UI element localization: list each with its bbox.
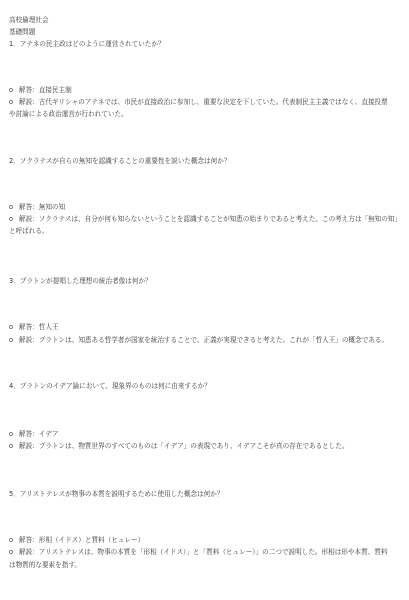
explanation-line: o解説：プラトンは、物質世界のすべてのものは「イデア」の表現であり、イデアこそが… xyxy=(9,440,395,452)
bullet-icon: o xyxy=(9,334,19,346)
answer-line: o解答：イデア xyxy=(9,428,395,440)
bullet-icon: o xyxy=(9,428,19,440)
explanation-text: 解説：アリストテレスは、物事の本質を「形相（イドス）」と「質料（ヒュレー）」の二… xyxy=(19,548,387,556)
answer-text: 解答：哲人王 xyxy=(19,323,59,331)
question-text: 5．アリストテレスが物事の本質を説明するために使用した概念は何か？ xyxy=(9,488,395,500)
answer-text: 解答：無知の知 xyxy=(19,203,65,211)
document-title: 高校倫理社会 xyxy=(9,14,395,26)
explanation-line: o解説：アリストテレスは、物事の本質を「形相（イドス）」と「質料（ヒュレー）」の… xyxy=(9,546,395,558)
explanation-continuation: は物質的な要素を指す。 xyxy=(9,559,395,571)
explanation-line: o解説：古代ギリシャのアテネでは、市民が直接政治に参加し、重要な決定を下していた… xyxy=(9,96,395,108)
bullet-icon: o xyxy=(9,534,19,546)
bullet-icon: o xyxy=(9,213,19,225)
explanation-line: o解説：ソクラテスは、自分が何も知らないということを認識することが知恵の始まりで… xyxy=(9,213,395,225)
answer-line: o解答：無知の知 xyxy=(9,201,395,213)
question-text: 2．ソクラテスが自らの無知を認識することの重要性を説いた概念は何か？ xyxy=(9,155,395,167)
bullet-icon: o xyxy=(9,321,19,333)
explanation-text: 解説：古代ギリシャのアテネでは、市民が直接政治に参加し、重要な決定を下していた。… xyxy=(19,98,388,106)
explanation-line: o解説：プラトンは、知恵ある哲学者が国家を統治することで、正義が実現できると考え… xyxy=(9,334,395,346)
answer-text: 解答：イデア xyxy=(19,430,59,438)
answer-text: 解答：直接民主制 xyxy=(19,86,72,94)
explanation-continuation: や討論による政治運営が行われていた。 xyxy=(9,108,395,120)
answer-line: o解答：哲人王 xyxy=(9,321,395,333)
explanation-text: 解説：プラトンは、知恵ある哲学者が国家を統治することで、正義が実現できると考えた… xyxy=(19,336,388,344)
answer-line: o解答：形相（イドス）と質料（ヒュレー） xyxy=(9,534,395,546)
answer-line: o解答：直接民主制 xyxy=(9,84,395,96)
bullet-icon: o xyxy=(9,440,19,452)
question-text: 4．プラトンのイデア論において、現象界のものは何に由来するか？ xyxy=(9,380,395,392)
question-text: 1．アテネの民主政はどのように運営されていたか？ xyxy=(9,38,395,50)
question-text: 3．プラトンが提唱した理想の統治者像は何か？ xyxy=(9,275,395,287)
document-subtitle: 基礎問題 xyxy=(9,26,395,38)
answer-text: 解答：形相（イドス）と質料（ヒュレー） xyxy=(19,536,144,544)
explanation-text: 解説：ソクラテスは、自分が何も知らないということを認識することが知恵の始まりであ… xyxy=(19,215,401,223)
bullet-icon: o xyxy=(9,201,19,213)
bullet-icon: o xyxy=(9,96,19,108)
bullet-icon: o xyxy=(9,546,19,558)
explanation-continuation: と呼ばれる。 xyxy=(9,225,395,237)
bullet-icon: o xyxy=(9,84,19,96)
explanation-text: 解説：プラトンは、物質世界のすべてのものは「イデア」の表現であり、イデアこそが真… xyxy=(19,442,349,450)
